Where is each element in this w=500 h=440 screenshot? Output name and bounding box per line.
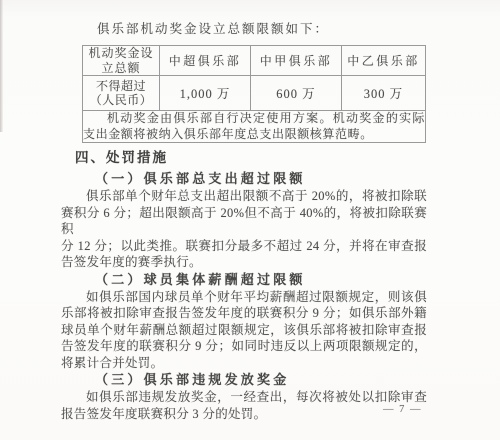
table-corner-header: 机动奖金设立总额	[83, 46, 160, 76]
paragraph-2: 如俱乐部国内球员单个财年平均薪酬超过限额规定，则该俱乐部将被扣除审查报告签发年度…	[61, 289, 427, 372]
penalty-section: 四、处罚措施 （一）俱乐部总支出超过限额 俱乐部单个财年总支出超出限额不高于 2…	[61, 150, 427, 422]
limit-value-csl: 1,000 万	[160, 76, 251, 111]
document-page: 俱乐部机动奖金设立总额限额如下： 机动奖金设立总额 中超俱乐部 中甲俱乐部 中乙…	[0, 0, 500, 440]
scan-edge-artifact	[0, 0, 3, 132]
limit-value-league-one: 600 万	[251, 76, 342, 111]
item-heading-2: （二）球员集体薪酬超过限额	[95, 271, 427, 289]
table-note-row: 机动奖金由俱乐部自行决定使用方案。机动奖金的实际支出金额将被纳入俱乐部年度总支出…	[83, 111, 426, 143]
intro-line: 俱乐部机动奖金设立总额限额如下：	[97, 21, 329, 37]
item-heading-3: （三）俱乐部违规发放奖金	[95, 371, 427, 389]
page-number: — 7 —	[383, 404, 422, 415]
table-col-header-csl: 中超俱乐部	[160, 46, 251, 76]
item-heading-1: （一）俱乐部总支出超过限额	[95, 170, 427, 188]
table-limit-row: 不得超过（人民币） 1,000 万 600 万 300 万	[83, 76, 426, 111]
table-note: 机动奖金由俱乐部自行决定使用方案。机动奖金的实际支出金额将被纳入俱乐部年度总支出…	[83, 111, 426, 143]
table-col-header-china-league-two: 中乙俱乐部	[342, 46, 426, 76]
table-header-row: 机动奖金设立总额 中超俱乐部 中甲俱乐部 中乙俱乐部	[83, 46, 426, 76]
section-title: 四、处罚措施	[75, 150, 427, 166]
paragraph-3: 如俱乐部违规发放奖金，一经查出，每次将被处以扣除审查报告签发年度联赛积分 3 分…	[61, 389, 427, 422]
limit-row-header: 不得超过（人民币）	[83, 76, 160, 111]
table-col-header-china-league-one: 中甲俱乐部	[251, 46, 342, 76]
paragraph-1: 俱乐部单个财年总支出超出限额不高于 20%的，将被扣除联赛积分 6 分；超出限额…	[61, 188, 427, 271]
limit-value-league-two: 300 万	[342, 76, 426, 111]
bonus-limit-table: 机动奖金设立总额 中超俱乐部 中甲俱乐部 中乙俱乐部 不得超过（人民币） 1,0…	[82, 45, 426, 143]
